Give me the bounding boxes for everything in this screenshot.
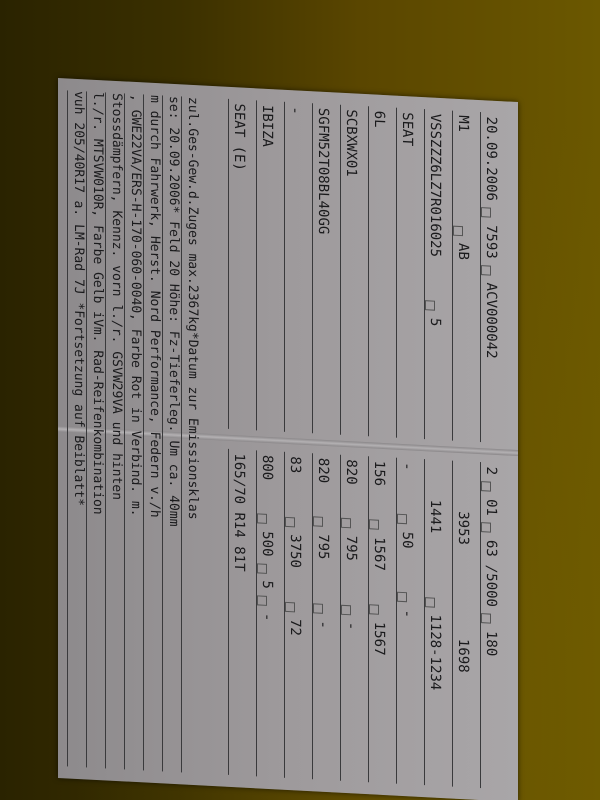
field-row: SEAT (E)	[228, 99, 256, 430]
field-row: SGFM52T08BL40GG	[312, 103, 340, 434]
field-row: 820795-	[340, 455, 368, 782]
remarks-line: vuh 205/40R17 a. LM-Rad 7J *Fortsetzung …	[67, 90, 86, 767]
remarks-line: zul.Ges-Gew.d.Zuges max.2367kg*Datum zur…	[181, 96, 200, 773]
field-row: 15615671567	[368, 456, 396, 783]
field-row: 8005005-	[256, 450, 284, 777]
field-row: SEAT	[396, 108, 424, 439]
field-row: M1AB	[452, 111, 480, 442]
remarks-line: m durch Fahrwerk, Herst. Nord Performanc…	[143, 94, 162, 771]
left-page: 20.09.20067593ACV000042 M1AB VSSZZZ6LZ7R…	[208, 98, 508, 444]
field-row: 820795-	[312, 453, 340, 780]
field-row: VSSZZZ6LZ7R0160255	[424, 109, 452, 440]
right-page: 20163/5000180 39531698 14411128-1234 -50…	[208, 448, 508, 790]
field-row: SCBXWX01	[340, 105, 368, 436]
remarks-line: , GWE22VA/ERS-H-170-060-0040, Farbe Rot …	[124, 93, 143, 770]
field-row: 165/70 R14 81T	[228, 449, 256, 776]
field-row: IBIZA	[256, 100, 284, 431]
vehicle-registration-document: 20.09.20067593ACV000042 M1AB VSSZZZ6LZ7R…	[58, 78, 518, 800]
remarks-section: zul.Ges-Gew.d.Zuges max.2367kg*Datum zur…	[67, 90, 200, 773]
field-row: 20.09.20067593ACV000042	[480, 112, 508, 443]
remarks-line: se: 20.09.2006* Feld 20 Höhe: Fz-Tieferl…	[162, 95, 181, 772]
field-row: -50-	[396, 458, 424, 785]
field-row: 39531698	[452, 461, 480, 788]
remarks-line: l./r. MTSVW010R, Farbe Gelb iVm. Rad-Rei…	[86, 91, 105, 768]
field-row: 6L	[368, 106, 396, 437]
remarks-line: Stossdämpfern, Kennz. vorn l./r. GSVW29V…	[105, 92, 124, 769]
field-row: 14411128-1234	[424, 459, 452, 786]
field-row: -	[284, 102, 312, 433]
field-row: 20163/5000180	[480, 462, 508, 789]
field-row: 83375072	[284, 452, 312, 779]
